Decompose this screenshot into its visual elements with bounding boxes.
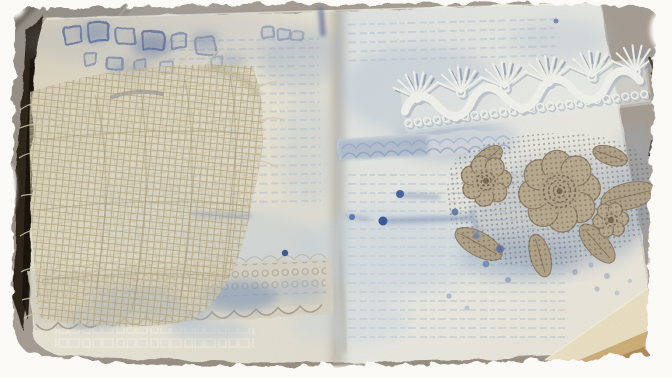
art-journal-scene [0, 0, 672, 378]
photo-of-art-journal [0, 0, 672, 378]
grain-overlay [0, 0, 672, 378]
